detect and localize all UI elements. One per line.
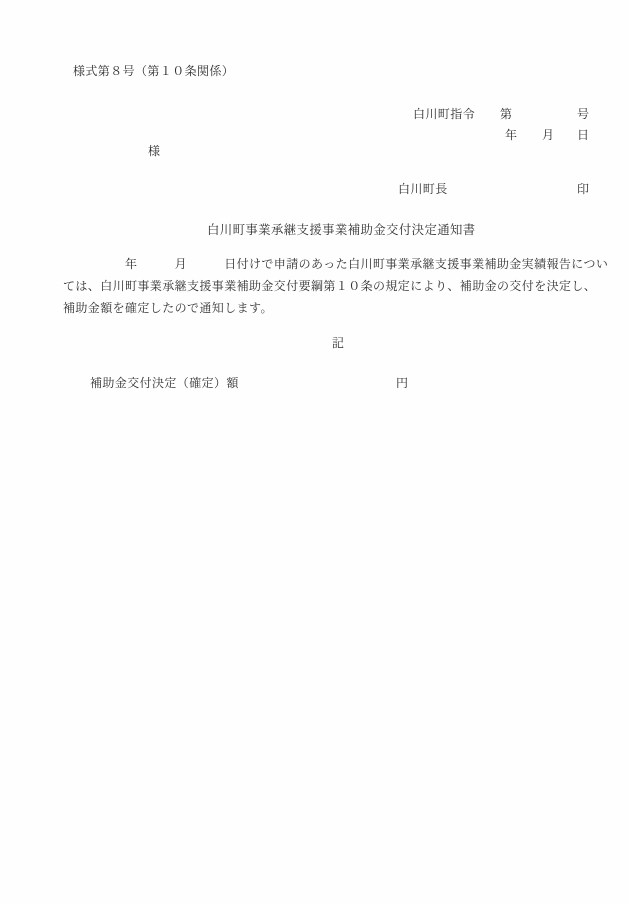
date-day-label: 日 <box>577 127 589 143</box>
body-line-1: 年 月 日付けで申請のあった白川町事業承継支援事業補助金実績報告につい <box>63 256 608 272</box>
directive-number-prefix: 第 <box>500 106 512 122</box>
amount-unit: 円 <box>396 375 408 391</box>
directive-issuer: 白川町指令 <box>413 106 475 122</box>
body-line-3: 補助金額を確定したので通知します。 <box>63 300 273 316</box>
document-page: 様式第８号（第１０条関係） 白川町指令 第 号 年 月 日 様 白川町長 印 白… <box>0 0 630 903</box>
body-line-2: ては、白川町事業承継支援事業補助金交付要綱第１０条の規定により、補助金の交付を決… <box>63 278 596 294</box>
addressee-honorific: 様 <box>148 143 160 159</box>
date-month-label: 月 <box>542 127 554 143</box>
document-title: 白川町事業承継支援事業補助金交付決定通知書 <box>207 222 476 238</box>
record-marker: 記 <box>332 335 344 351</box>
seal-mark: 印 <box>577 181 589 197</box>
form-number: 様式第８号（第１０条関係） <box>73 63 234 79</box>
amount-label: 補助金交付決定（確定）額 <box>90 375 239 391</box>
date-year-label: 年 <box>505 127 517 143</box>
sender-name: 白川町長 <box>398 181 448 197</box>
directive-number-suffix: 号 <box>577 106 589 122</box>
